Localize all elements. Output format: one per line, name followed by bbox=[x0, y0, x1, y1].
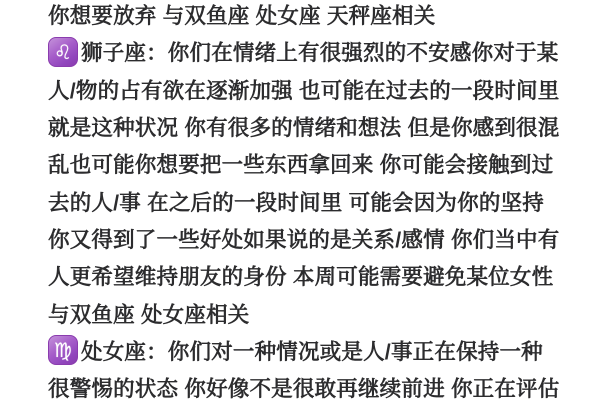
line-text: 很警惕的状态 你好像不是很敢再继续前进 你正在评估 bbox=[48, 372, 559, 400]
horoscope-article-page: 你想要放弃 与双鱼座 处女座 天秤座相关 ♌ 狮子座：你们在情绪上有很强烈的不安… bbox=[0, 0, 600, 400]
line-text: 去的人/事 在之后的一段时间里 可能会因为你的坚持 bbox=[48, 186, 544, 217]
line-text: 你想要放弃 与双鱼座 处女座 天秤座相关 bbox=[48, 0, 435, 30]
leo-zodiac-icon: ♌ bbox=[48, 37, 78, 67]
text-line: 人更希望维持朋友的身份 本周可能需要避免某位女性 bbox=[48, 257, 558, 294]
text-line: 你想要放弃 与双鱼座 处女座 天秤座相关 bbox=[48, 0, 558, 33]
text-line: 就是这种状况 你有很多的情绪和想法 但是你感到很混 bbox=[48, 108, 558, 145]
line-text: 与双鱼座 处女座相关 bbox=[48, 298, 249, 329]
leo-section-heading-line: ♌ 狮子座：你们在情绪上有很强烈的不安感你对于某 bbox=[48, 33, 558, 70]
virgo-zodiac-icon: ♍ bbox=[48, 335, 78, 365]
text-line: 你又得到了一些好处如果说的是关系/感情 你们当中有 bbox=[48, 220, 558, 257]
text-line: 去的人/事 在之后的一段时间里 可能会因为你的坚持 bbox=[48, 182, 558, 219]
line-text: 人更希望维持朋友的身份 本周可能需要避免某位女性 bbox=[48, 260, 553, 291]
line-text: 就是这种状况 你有很多的情绪和想法 但是你感到很混 bbox=[48, 111, 559, 142]
text-line: 乱也可能你想要把一些东西拿回来 你可能会接触到过 bbox=[48, 145, 558, 182]
text-line: 很警惕的状态 你好像不是很敢再继续前进 你正在评估 bbox=[48, 369, 558, 400]
line-text: 处女座：你们对一种情况或是人/事正在保持一种 bbox=[81, 335, 543, 366]
line-text: 你又得到了一些好处如果说的是关系/感情 你们当中有 bbox=[48, 223, 559, 254]
line-text: 人/物的占有欲在逐渐加强 也可能在过去的一段时间里 bbox=[48, 74, 559, 105]
horoscope-text-block: 你想要放弃 与双鱼座 处女座 天秤座相关 ♌ 狮子座：你们在情绪上有很强烈的不安… bbox=[48, 0, 558, 400]
line-text: 狮子座：你们在情绪上有很强烈的不安感你对于某 bbox=[81, 36, 558, 67]
text-line: 与双鱼座 处女座相关 bbox=[48, 294, 558, 331]
line-text: 乱也可能你想要把一些东西拿回来 你可能会接触到过 bbox=[48, 148, 553, 179]
virgo-section-heading-line: ♍ 处女座：你们对一种情况或是人/事正在保持一种 bbox=[48, 332, 558, 369]
text-line: 人/物的占有欲在逐渐加强 也可能在过去的一段时间里 bbox=[48, 71, 558, 108]
